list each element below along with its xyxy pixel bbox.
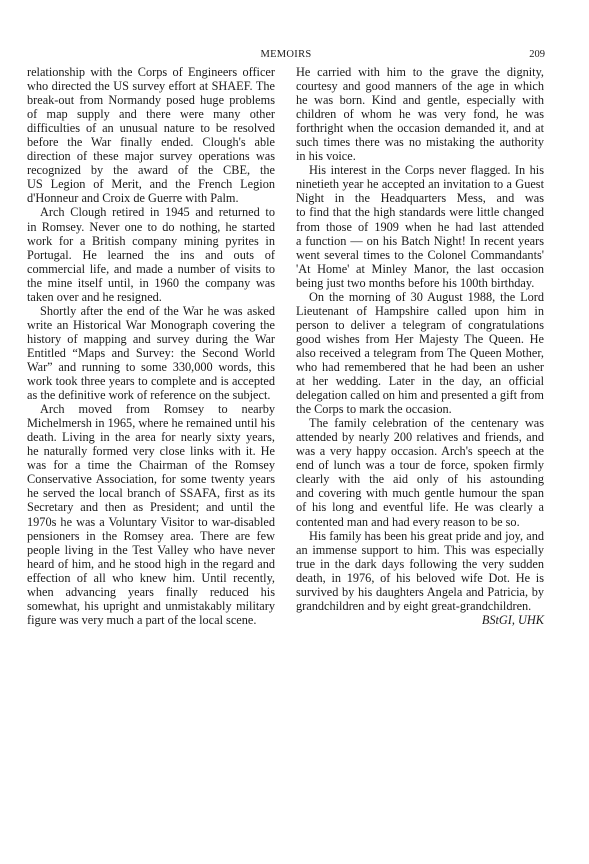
text-line: Portugal. He learned the ins and outs of [27,248,275,262]
text-line: children of whom he was very fond, he wa… [296,107,544,121]
text-line: US Legion of Merit, and the French Legio… [27,177,275,191]
text-line: he naturally formed very close links wit… [27,444,275,458]
text-line: being just two months before his 100th b… [296,276,544,290]
text-line: death, in 1976, of his beloved wife Dot.… [296,571,544,585]
author-signature: BStGI, UHK [296,613,544,627]
text-line: Conservative Association, for some twent… [27,472,275,486]
text-line: in Romsey. Never one to do nothing, he s… [27,220,275,234]
text-line: somewhat, his upright and unmistakably m… [27,599,275,613]
paragraph: Shortly after the end of the War he was … [27,304,275,402]
text-line: His family has been his great pride and … [296,529,544,543]
text-line: a function — on his Batch Night! In rece… [296,234,544,248]
text-line: Night in the Headquarters Mess, and was … [296,191,544,205]
text-line: He carried with him to the grave the dig… [296,65,544,79]
text-line: write an Historical War Monograph coveri… [27,318,275,332]
paragraph: relationship with the Corps of Engineers… [27,65,275,205]
text-line: also received a telegram from The Queen … [296,346,544,360]
paragraph: Arch Clough retired in 1945 and returned… [27,205,275,303]
text-line: heard of him, and he stood high in the r… [27,557,275,571]
text-line: and covering with much gentle humour the… [296,486,544,500]
right-column: He carried with him to the grave the dig… [296,65,544,627]
text-line: an immense support to him. This was espe… [296,543,544,557]
paragraph: On the morning of 30 August 1988, the Lo… [296,290,544,416]
left-column: relationship with the Corps of Engineers… [27,65,275,627]
text-line: 'At Home' at Minley Manor, the last occa… [296,262,544,276]
text-line: work for a British company mining pyrite… [27,234,275,248]
text-line: contented man and had every reason to be… [296,515,544,529]
text-line: Arch moved from Romsey to nearby [27,402,275,416]
text-line: figure was very much a part of the local… [27,613,275,627]
text-line: 1970s he was a Voluntary Visitor to war-… [27,515,275,529]
page-number: 209 [529,48,545,62]
text-line: grandchildren and by eight great-grandch… [296,599,544,613]
text-line: who directed the US survey effort at SHA… [27,79,275,93]
text-line: break-out from Normandy posed huge probl… [27,93,275,107]
text-line: at her wedding. Later in the day, an off… [296,374,544,388]
text-line: delegation called on him and presented a… [296,388,544,402]
text-line: was a very happy occasion. Arch's speech… [296,444,544,458]
text-line: On the morning of 30 August 1988, the Lo… [296,290,544,304]
text-line: the mine itself until, in 1960 the compa… [27,276,275,290]
text-line: death. Living in the area for nearly six… [27,430,275,444]
text-line: courtesy and good manners of the age in … [296,79,544,93]
text-line: commercial life, and made a number of vi… [27,262,275,276]
text-line: effection of all who knew him. Until rec… [27,571,275,585]
text-line: clearly with the aid only of his astound… [296,472,544,486]
text-line: recognized by the award of the CBE, the [27,163,275,177]
text-line: good wishes from Her Majesty The Queen. … [296,332,544,346]
text-line: the Corps to mark the occasion. [296,402,544,416]
text-line: Entitled “Maps and Survey: the Second Wo… [27,346,275,360]
text-line: taken over and he resigned. [27,290,275,304]
running-head: MEMOIRS 209 [27,48,545,62]
running-title: MEMOIRS [27,48,545,62]
text-line: person to deliver a telegram of congratu… [296,318,544,332]
text-line: difficulties of an unusual nature to be … [27,121,275,135]
text-line: he was born. Kind and gentle, especially… [296,93,544,107]
text-line: forthright when the occasion demanded it… [296,121,544,135]
text-line: such times there was no mistaking the au… [296,135,544,149]
text-line: when advancing years finally reduced his… [27,585,275,599]
text-line: who had remembered that he had been an u… [296,360,544,374]
text-line: His interest in the Corps never flagged.… [296,163,544,177]
text-line: Michelmersh in 1965, where he remained u… [27,416,275,430]
paragraph: Arch moved from Romsey to nearbyMichelme… [27,402,275,627]
text-line: Shortly after the end of the War he was … [27,304,275,318]
text-line: went several times to the Colonel Comman… [296,248,544,262]
text-line: ninetieth year he accepted an invitation… [296,177,544,191]
text-line: as the definitive work of reference on t… [27,388,275,402]
text-line: in his voice. [296,149,544,163]
paragraph: His interest in the Corps never flagged.… [296,163,544,289]
text-line: to find that the high standards were lit… [296,205,544,219]
text-line: direction of these major survey operatio… [27,149,275,163]
paragraph: The family celebration of the centenary … [296,416,544,528]
text-line: d'Honneur and Croix de Guerre with Palm. [27,191,275,205]
text-line: work took three years to complete and is… [27,374,275,388]
text-line: end of lunch was a tour de force, spoken… [296,458,544,472]
text-line: was for a time the Chairman of the Romse… [27,458,275,472]
text-line: Arch Clough retired in 1945 and returned… [27,205,275,219]
text-line: attended by nearly 200 relatives and fri… [296,430,544,444]
text-line: true in the dark days following the very… [296,557,544,571]
text-line: pensioners in the Romsey area. There are… [27,529,275,543]
text-line: from those of 1909 when he had last atte… [296,220,544,234]
text-line: Secretary and then as President; and unt… [27,500,275,514]
text-line: relationship with the Corps of Engineers… [27,65,275,79]
text-line: of map supply and there were many other … [27,107,275,121]
text-line: people living in the Test Valley who hav… [27,543,275,557]
text-line: survived by his daughters Angela and Pat… [296,585,544,599]
text-line: War” and running to some 330,000 words, … [27,360,275,374]
text-line: history of mapping and survey during the… [27,332,275,346]
paragraph: He carried with him to the grave the dig… [296,65,544,163]
text-line: before the War finally ended. Clough's a… [27,135,275,149]
text-line: he served the local branch of SSAFA, fir… [27,486,275,500]
paragraph: His family has been his great pride and … [296,529,544,613]
text-line: The family celebration of the centenary … [296,416,544,430]
text-line: Lieutenant of Hampshire called upon him … [296,304,544,318]
text-line: of his long and eventful life. He was cl… [296,500,544,514]
